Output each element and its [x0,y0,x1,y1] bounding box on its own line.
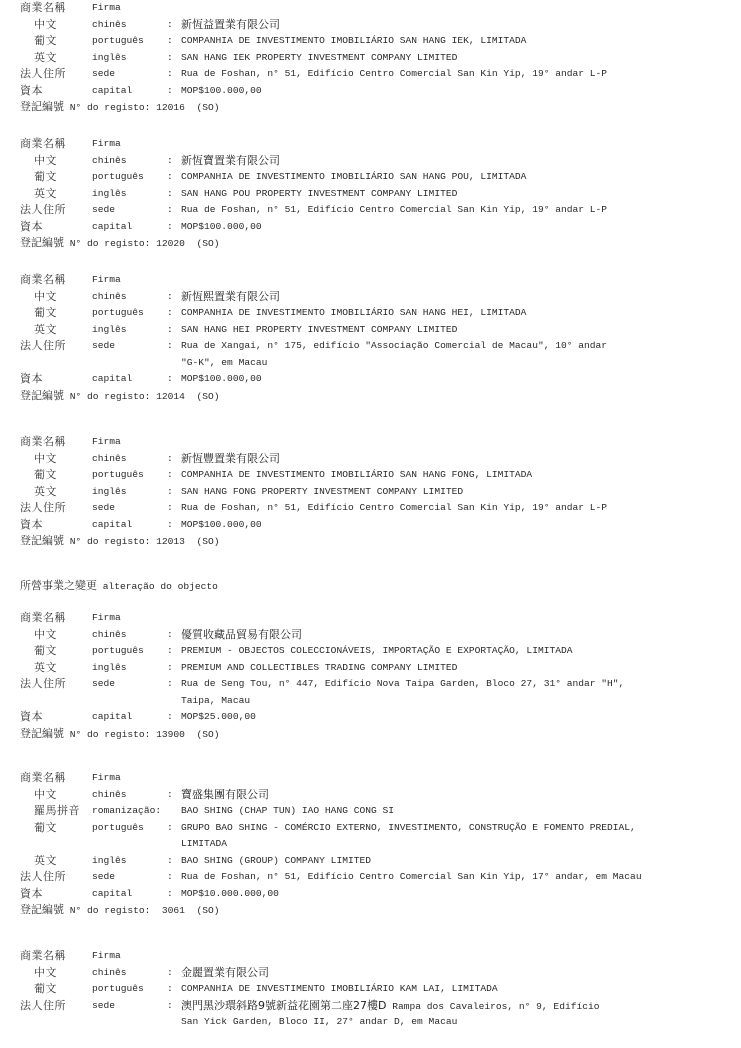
colon: : [167,886,173,903]
sede-row: 法人住所 sede : Rua de Seng Tou, n° 447, Edi… [0,676,741,693]
capital-label-zh: 資本 [20,83,43,100]
firma-label-zh: 商業名稱 [20,770,66,787]
ingles-label-pt: inglês [92,50,127,67]
chinese-name: 新恆豐置業有限公司 [181,452,280,465]
company-entry-4: 商業名稱 Firma 中文 chinês : 新恆豐置業有限公司 葡文 port… [0,434,741,550]
chinese-name: 寶盛集團有限公司 [181,788,269,801]
chines-label-zh: 中文 [34,289,57,306]
registo-label-pt: N° do registo: [70,905,151,916]
portugues-row: 葡文 português : COMPANHIA DE INVESTIMENTO… [0,305,741,322]
ingles-label-zh: 英文 [34,484,57,501]
ingles-row: 英文 inglês : SAN HANG FONG PROPERTY INVES… [0,484,741,501]
portugues-row: 葡文 português : GRUPO BAO SHING - COMÉRCI… [0,820,741,837]
colon: : [167,820,173,837]
sede-label-pt: sede [92,202,115,219]
chines-label-pt: chinês [92,289,127,306]
sede-row-continued: Taipa, Macau [0,693,741,710]
colon: : [167,517,173,534]
registo-value: 12016 (SO) [156,102,219,113]
colon: : [167,627,173,644]
capital-row: 資本 capital : MOP$100.000,00 [0,219,741,236]
english-name: BAO SHING (GROUP) COMPANY LIMITED [181,853,371,870]
capital-label-pt: capital [92,709,132,726]
english-name: SAN HANG FONG PROPERTY INVESTMENT COMPAN… [181,484,463,501]
chines-row: 中文 chinês : 寶盛集團有限公司 [0,787,741,804]
romanizacao-label-pt: romanização: [92,803,161,820]
firma-label-zh: 商業名稱 [20,434,66,451]
colon: : [167,709,173,726]
registo-label-pt: N° do registo: [70,536,151,547]
colon: : [167,869,173,886]
sede-address-line2: "G-K", em Macau [181,355,267,372]
ingles-row: 英文 inglês : PREMIUM AND COLLECTIBLES TRA… [0,660,741,677]
portugues-row: 葡文 português : COMPANHIA DE INVESTIMENTO… [0,169,741,186]
capital-label-pt: capital [92,886,132,903]
colon: : [167,643,173,660]
chines-row: 中文 chinês : 新恆益置業有限公司 [0,17,741,34]
ingles-label-pt: inglês [92,853,127,870]
chines-label-zh: 中文 [34,17,57,34]
capital-label-pt: capital [92,517,132,534]
chines-row: 中文 chinês : 新恆寶置業有限公司 [0,153,741,170]
ingles-label-pt: inglês [92,660,127,677]
ingles-label-zh: 英文 [34,186,57,203]
capital-label-zh: 資本 [20,517,43,534]
sede-address: Rua de Foshan, n° 51, Edifício Centro Co… [181,202,607,219]
chines-label-pt: chinês [92,153,127,170]
firma-label-pt: Firma [92,610,121,627]
registo-value: 3061 (SO) [156,905,219,916]
registo-value: 13900 (SO) [156,729,219,740]
english-name: SAN HANG IEK PROPERTY INVESTMENT COMPANY… [181,50,457,67]
colon: : [167,998,173,1015]
portugues-label-zh: 葡文 [34,305,57,322]
capital-label-zh: 資本 [20,886,43,903]
registo-label-zh: 登記編號 [20,903,64,916]
registo-label-zh: 登記編號 [20,236,64,249]
portuguese-name: COMPANHIA DE INVESTIMENTO IMOBILIÁRIO SA… [181,33,526,50]
colon: : [167,153,173,170]
capital-label-zh: 資本 [20,371,43,388]
colon: : [167,338,173,355]
capital-value: MOP$10.000.000,00 [181,886,279,903]
ingles-row: 英文 inglês : BAO SHING (GROUP) COMPANY LI… [0,853,741,870]
firma-label-zh: 商業名稱 [20,610,66,627]
firma-label-pt: Firma [92,136,121,153]
ingles-label-zh: 英文 [34,50,57,67]
sede-address-zh: 澳門黑沙環斜路9號新益花園第二座27樓D [181,999,386,1012]
registo-label-zh: 登記編號 [20,727,64,740]
chinese-name: 優質收藏品貿易有限公司 [181,628,302,641]
capital-value: MOP$100.000,00 [181,83,262,100]
capital-row: 資本 capital : MOP$100.000,00 [0,517,741,534]
capital-label-zh: 資本 [20,709,43,726]
chines-row: 中文 chinês : 新恆熙置業有限公司 [0,289,741,306]
colon: : [167,305,173,322]
portugues-label-pt: português [92,643,144,660]
portugues-row: 葡文 português : COMPANHIA DE INVESTIMENTO… [0,467,741,484]
registo-row: 登記編號 N° do registo: 12013 (SO) [0,533,741,550]
ingles-row: 英文 inglês : SAN HANG HEI PROPERTY INVEST… [0,322,741,339]
portugues-row: 葡文 português : COMPANHIA DE INVESTIMENTO… [0,33,741,50]
sede-address: Rua de Foshan, n° 51, Edifício Centro Co… [181,869,642,886]
company-entry-3: 商業名稱 Firma 中文 chinês : 新恆熙置業有限公司 葡文 port… [0,272,741,404]
portugues-label-pt: português [92,169,144,186]
chinese-name: 新恆寶置業有限公司 [181,154,280,167]
chines-row: 中文 chinês : 新恆豐置業有限公司 [0,451,741,468]
english-name: SAN HANG HEI PROPERTY INVESTMENT COMPANY… [181,322,457,339]
portugues-row: 葡文 português : COMPANHIA DE INVESTIMENTO… [0,981,741,998]
colon: : [167,219,173,236]
section-heading: 所營事業之變更 alteração do objecto [20,578,218,596]
colon: : [167,965,173,982]
firma-label-pt: Firma [92,770,121,787]
registo-row: 登記編號 N° do registo: 12020 (SO) [0,235,741,252]
section-heading-pt: alteração do objecto [103,581,218,592]
sede-label-pt: sede [92,998,115,1015]
sede-address: Rua de Foshan, n° 51, Edifício Centro Co… [181,66,607,83]
sede-label-zh: 法人住所 [20,500,66,517]
firma-label-zh: 商業名稱 [20,136,66,153]
capital-label-pt: capital [92,371,132,388]
colon: : [167,853,173,870]
sede-row: 法人住所 sede : Rua de Foshan, n° 51, Edifíc… [0,202,741,219]
capital-row: 資本 capital : MOP$10.000.000,00 [0,886,741,903]
sede-address-line2: Taipa, Macau [181,693,250,710]
sede-row: 法人住所 sede : Rua de Foshan, n° 51, Edifíc… [0,500,741,517]
sede-address: Rua de Xangai, n° 175, edifício "Associa… [181,338,607,355]
chines-label-zh: 中文 [34,153,57,170]
colon: : [167,467,173,484]
chines-row: 中文 chinês : 金麗置業有限公司 [0,965,741,982]
portugues-label-zh: 葡文 [34,981,57,998]
registo-row: 登記編號 N° do registo: 3061 (SO) [0,902,741,919]
chines-label-pt: chinês [92,627,127,644]
portugues-row-continued: LIMITADA [0,836,741,853]
sede-label-pt: sede [92,676,115,693]
chines-label-pt: chinês [92,17,127,34]
capital-label-pt: capital [92,219,132,236]
capital-label-pt: capital [92,83,132,100]
colon: : [167,17,173,34]
romanizacao-row: 羅馬拼音 romanização: BAO SHING (CHAP TUN) I… [0,803,741,820]
colon: : [167,660,173,677]
registo-label-pt: N° do registo: [70,391,151,402]
registo-label-pt: N° do registo: [70,729,151,740]
sede-address-line2: San Yick Garden, Bloco II, 27° andar D, … [181,1014,457,1031]
portugues-label-pt: português [92,467,144,484]
registo-row: 登記編號 N° do registo: 13900 (SO) [0,726,741,743]
colon: : [167,371,173,388]
chines-label-pt: chinês [92,965,127,982]
registo-value: 12014 (SO) [156,391,219,402]
colon: : [167,787,173,804]
firma-row: 商業名稱 Firma [0,136,741,153]
capital-value: MOP$100.000,00 [181,219,262,236]
english-name: PREMIUM AND COLLECTIBLES TRADING COMPANY… [181,660,457,677]
ingles-label-pt: inglês [92,186,127,203]
sede-label-zh: 法人住所 [20,676,66,693]
romanizacao-label-zh: 羅馬拼音 [34,803,80,820]
sede-address: Rua de Seng Tou, n° 447, Edifício Nova T… [181,676,624,693]
chinese-name: 新恆熙置業有限公司 [181,290,280,303]
portuguese-name-line2: LIMITADA [181,836,227,853]
colon: : [167,202,173,219]
sede-label-pt: sede [92,338,115,355]
registo-label-zh: 登記編號 [20,100,64,113]
portuguese-name: GRUPO BAO SHING - COMÉRCIO EXTERNO, INVE… [181,820,636,837]
colon: : [167,66,173,83]
firma-row: 商業名稱 Firma [0,434,741,451]
chinese-name: 新恆益置業有限公司 [181,18,280,31]
portugues-label-pt: português [92,33,144,50]
portuguese-name: COMPANHIA DE INVESTIMENTO IMOBILIÁRIO SA… [181,305,526,322]
chines-label-pt: chinês [92,787,127,804]
colon: : [167,451,173,468]
chines-label-zh: 中文 [34,787,57,804]
registo-value: 12020 (SO) [156,238,219,249]
portugues-label-zh: 葡文 [34,33,57,50]
portugues-label-pt: português [92,820,144,837]
firma-row: 商業名稱 Firma [0,948,741,965]
company-entry-2: 商業名稱 Firma 中文 chinês : 新恆寶置業有限公司 葡文 port… [0,136,741,252]
chines-row: 中文 chinês : 優質收藏品貿易有限公司 [0,627,741,644]
capital-value: MOP$25.000,00 [181,709,256,726]
firma-label-pt: Firma [92,272,121,289]
portugues-label-zh: 葡文 [34,643,57,660]
ingles-label-pt: inglês [92,322,127,339]
portugues-label-zh: 葡文 [34,467,57,484]
chines-label-pt: chinês [92,451,127,468]
registo-row: 登記編號 N° do registo: 12014 (SO) [0,388,741,405]
capital-label-zh: 資本 [20,219,43,236]
colon: : [167,676,173,693]
chines-label-zh: 中文 [34,451,57,468]
sede-label-zh: 法人住所 [20,338,66,355]
english-name: SAN HANG POU PROPERTY INVESTMENT COMPANY… [181,186,457,203]
colon: : [167,484,173,501]
registo-value: 12013 (SO) [156,536,219,547]
company-entry-1: 商業名稱 Firma 中文 chinês : 新恆益置業有限公司 葡文 port… [0,0,741,116]
portuguese-name: COMPANHIA DE INVESTIMENTO IMOBILIÁRIO SA… [181,169,526,186]
portugues-label-pt: português [92,305,144,322]
section-heading-zh: 所營事業之變更 [20,579,97,592]
colon: : [167,289,173,306]
portugues-label-zh: 葡文 [34,169,57,186]
sede-label-zh: 法人住所 [20,202,66,219]
portugues-row: 葡文 português : PREMIUM - OBJECTOS COLECC… [0,643,741,660]
sede-row-continued: San Yick Garden, Bloco II, 27° andar D, … [0,1014,741,1031]
sede-address: Rampa dos Cavaleiros, n° 9, Edifício [392,1001,599,1012]
colon: : [167,33,173,50]
capital-value: MOP$100.000,00 [181,371,262,388]
portuguese-name: COMPANHIA DE INVESTIMENTO IMOBILIÁRIO SA… [181,467,532,484]
firma-label-pt: Firma [92,948,121,965]
ingles-row: 英文 inglês : SAN HANG POU PROPERTY INVEST… [0,186,741,203]
sede-row: 法人住所 sede : Rua de Xangai, n° 175, edifí… [0,338,741,355]
colon: : [167,981,173,998]
portugues-label-zh: 葡文 [34,820,57,837]
colon: : [167,322,173,339]
firma-label-zh: 商業名稱 [20,272,66,289]
colon: : [167,500,173,517]
sede-label-zh: 法人住所 [20,869,66,886]
registo-label-zh: 登記編號 [20,389,64,402]
colon: : [167,50,173,67]
sede-label-pt: sede [92,66,115,83]
sede-row: 法人住所 sede : Rua de Foshan, n° 51, Edifíc… [0,869,741,886]
ingles-label-zh: 英文 [34,853,57,870]
sede-address: Rua de Foshan, n° 51, Edifício Centro Co… [181,500,607,517]
firma-row: 商業名稱 Firma [0,272,741,289]
sede-label-pt: sede [92,500,115,517]
colon: : [167,83,173,100]
capital-row: 資本 capital : MOP$25.000,00 [0,709,741,726]
firma-row: 商業名稱 Firma [0,770,741,787]
firma-label-zh: 商業名稱 [20,948,66,965]
firma-row: 商業名稱 Firma [0,610,741,627]
registo-label-pt: N° do registo: [70,238,151,249]
portugues-label-pt: português [92,981,144,998]
sede-row-continued: "G-K", em Macau [0,355,741,372]
chinese-name: 金麗置業有限公司 [181,966,269,979]
sede-label-zh: 法人住所 [20,66,66,83]
registo-label-zh: 登記編號 [20,534,64,547]
sede-row: 法人住所 sede : Rua de Foshan, n° 51, Edifíc… [0,66,741,83]
registo-row: 登記編號 N° do registo: 12016 (SO) [0,99,741,116]
firma-label-pt: Firma [92,434,121,451]
firma-row: 商業名稱 Firma [0,0,741,17]
capital-value: MOP$100.000,00 [181,517,262,534]
company-entry-5: 商業名稱 Firma 中文 chinês : 優質收藏品貿易有限公司 葡文 po… [0,610,741,742]
company-entry-6: 商業名稱 Firma 中文 chinês : 寶盛集團有限公司 羅馬拼音 rom… [0,770,741,919]
romanized-name: BAO SHING (CHAP TUN) IAO HANG CONG SI [181,803,394,820]
ingles-label-zh: 英文 [34,322,57,339]
capital-row: 資本 capital : MOP$100.000,00 [0,83,741,100]
sede-row: 法人住所 sede : 澳門黑沙環斜路9號新益花園第二座27樓D Rampa d… [0,998,741,1015]
registo-label-pt: N° do registo: [70,102,151,113]
portuguese-name: PREMIUM - OBJECTOS COLECCIONÁVEIS, IMPOR… [181,643,573,660]
firma-label-pt: Firma [92,0,121,17]
chines-label-zh: 中文 [34,965,57,982]
capital-row: 資本 capital : MOP$100.000,00 [0,371,741,388]
ingles-label-pt: inglês [92,484,127,501]
colon: : [167,186,173,203]
portuguese-name: COMPANHIA DE INVESTIMENTO IMOBILIÁRIO KA… [181,981,498,998]
sede-label-zh: 法人住所 [20,998,66,1015]
chines-label-zh: 中文 [34,627,57,644]
ingles-label-zh: 英文 [34,660,57,677]
company-entry-7: 商業名稱 Firma 中文 chinês : 金麗置業有限公司 葡文 portu… [0,948,741,1031]
colon: : [167,169,173,186]
firma-label-zh: 商業名稱 [20,0,66,17]
sede-label-pt: sede [92,869,115,886]
ingles-row: 英文 inglês : SAN HANG IEK PROPERTY INVEST… [0,50,741,67]
